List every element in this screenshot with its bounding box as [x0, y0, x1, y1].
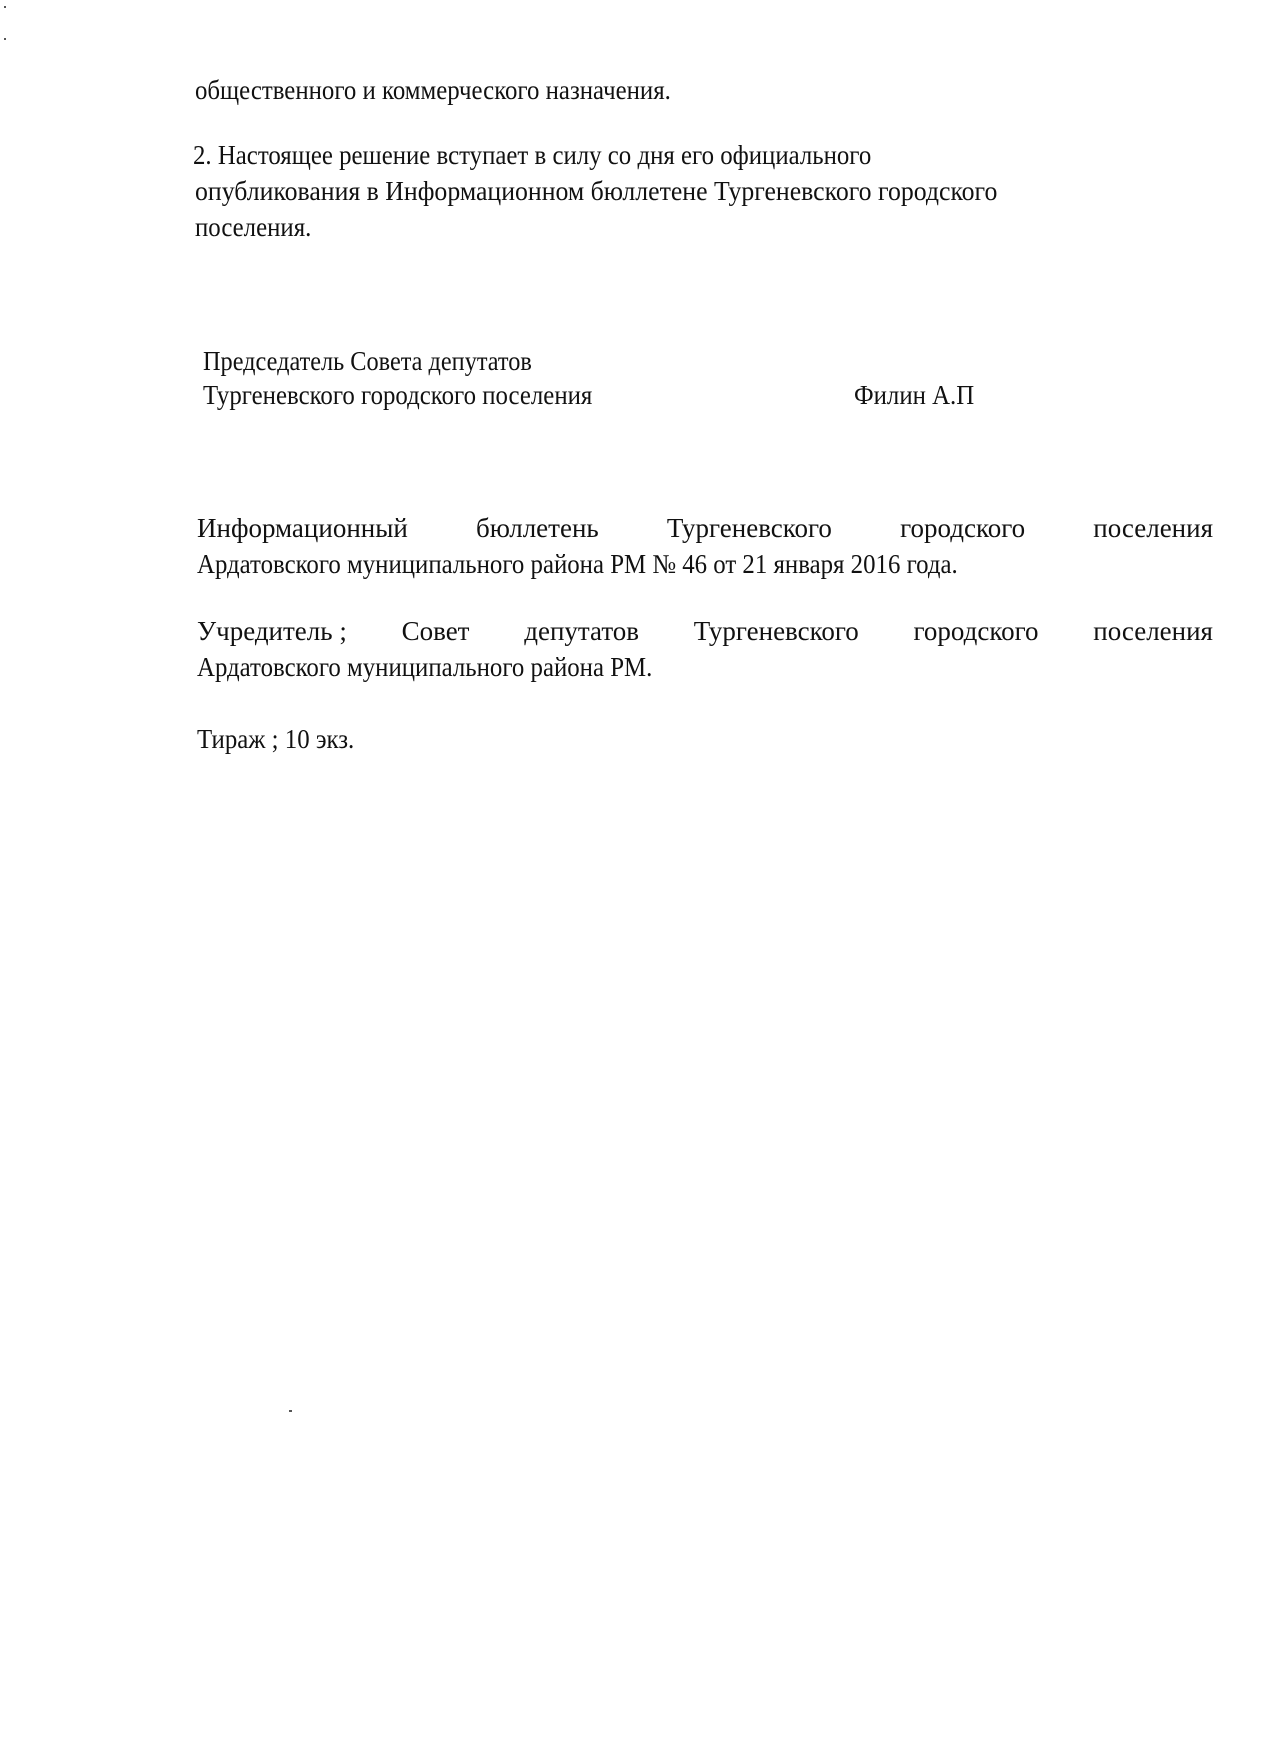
- signature-name: Филин А.П: [854, 378, 974, 412]
- founder-line-1: Учредитель ; Совет депутатов Тургеневско…: [197, 614, 1213, 648]
- scan-speck: [4, 38, 6, 40]
- paragraph-2-line-2: опубликования в Информационном бюллетене…: [195, 174, 997, 208]
- founder-word: Тургеневского: [694, 614, 859, 648]
- bulletin-word: городского: [900, 511, 1025, 545]
- bulletin-word: бюллетень: [476, 511, 599, 545]
- founder-word: депутатов: [524, 614, 639, 648]
- scan-speck: [289, 1410, 292, 1412]
- founder-line-2: Ардатовского муниципального района РМ.: [197, 650, 652, 684]
- signature-title-line-1: Председатель Совета депутатов: [203, 344, 532, 378]
- bulletin-line-2: Ардатовского муниципального района РМ № …: [197, 547, 958, 581]
- paragraph-2-line-1: 2. Настоящее решение вступает в силу со …: [193, 138, 871, 172]
- bulletin-word: Тургеневского: [667, 511, 832, 545]
- circulation-line: Тираж ; 10 экз.: [197, 722, 354, 756]
- bulletin-word: Информационный: [197, 511, 408, 545]
- bulletin-line-1: Информационный бюллетень Тургеневского г…: [197, 511, 1213, 545]
- continuation-line: общественного и коммерческого назначения…: [195, 73, 671, 107]
- paragraph-2-line-3: поселения.: [195, 210, 311, 244]
- founder-word: Совет: [402, 614, 470, 648]
- signature-title-line-2: Тургеневского городского поселения: [203, 378, 592, 412]
- founder-word: городского: [914, 614, 1039, 648]
- bulletin-word: поселения: [1093, 511, 1213, 545]
- founder-word: Учредитель ;: [197, 614, 347, 648]
- founder-word: поселения: [1093, 614, 1213, 648]
- scan-speck: [4, 6, 6, 8]
